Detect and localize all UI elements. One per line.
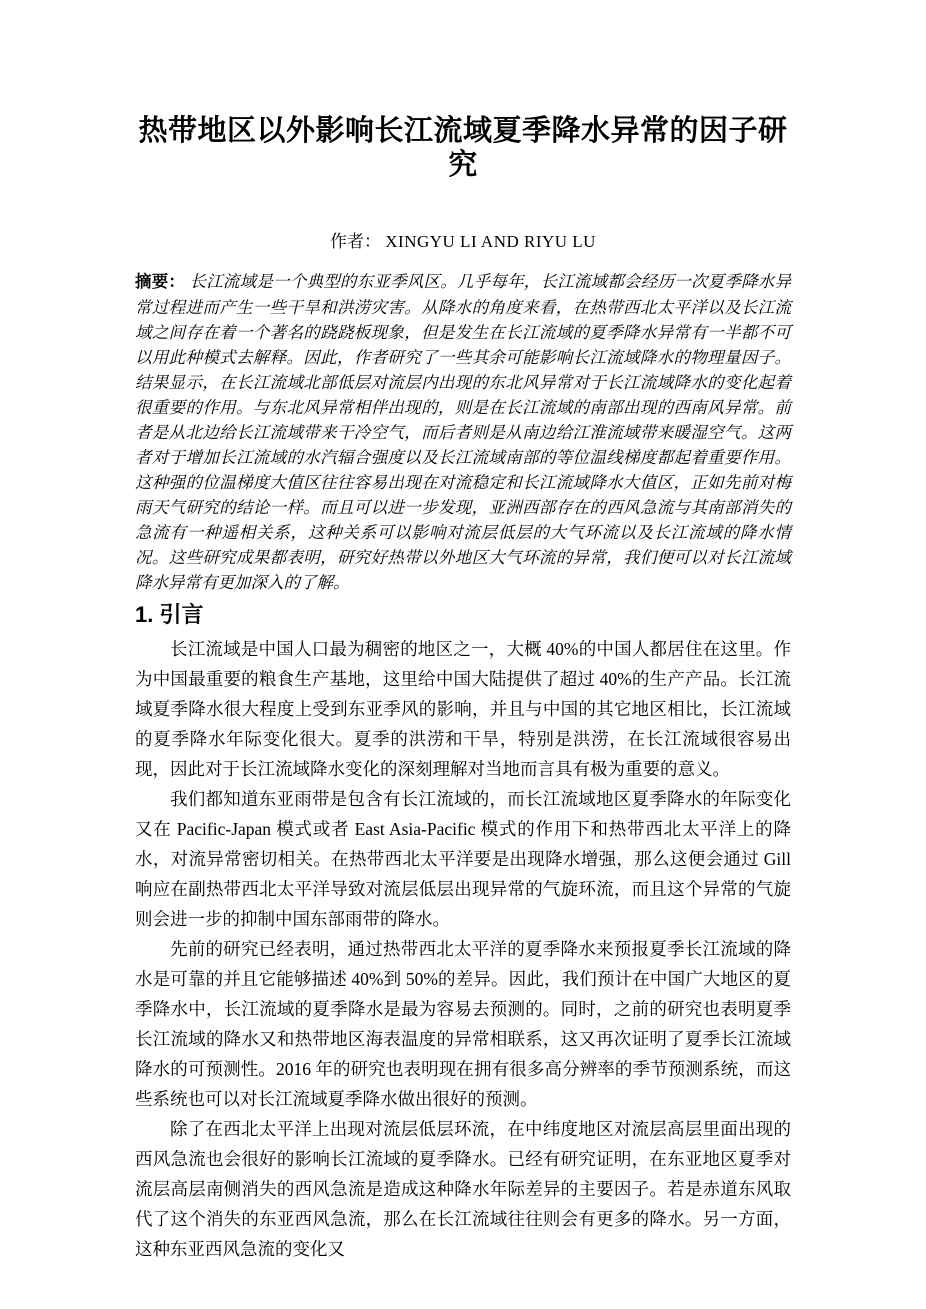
intro-paragraph-4: 除了在西北太平洋上出现对流层低层环流，在中纬度地区对流层高层里面出现的西风急流也…: [135, 1114, 791, 1264]
paper-title: 热带地区以外影响长江流域夏季降水异常的因子研究: [135, 114, 791, 182]
intro-paragraph-3: 先前的研究已经表明，通过热带西北太平洋的夏季降水来预报夏季长江流域的降水是可靠的…: [135, 934, 791, 1114]
author-line: 作者： XINGYU LI AND RIYU LU: [135, 230, 791, 254]
intro-paragraph-2: 我们都知道东亚雨带是包含有长江流域的，而长江流域地区夏季降水的年际变化又在 Pa…: [135, 784, 791, 934]
abstract-block: 摘要： 长江流域是一个典型的东亚季风区。几乎每年，长江流域都会经历一次夏季降水异…: [135, 269, 791, 595]
abstract-text: 长江流域是一个典型的东亚季风区。几乎每年，长江流域都会经历一次夏季降水异常过程进…: [135, 272, 791, 592]
document-page: 热带地区以外影响长江流域夏季降水异常的因子研究 作者： XINGYU LI AN…: [0, 0, 926, 1309]
author-label: 作者：: [330, 232, 381, 251]
author-names: XINGYU LI AND RIYU LU: [385, 232, 596, 251]
abstract-label: 摘要：: [135, 273, 185, 291]
intro-paragraph-1: 长江流域是中国人口最为稠密的地区之一，大概 40%的中国人都居住在这里。作为中国…: [135, 634, 791, 784]
section-heading-introduction: 1. 引言: [135, 601, 791, 629]
